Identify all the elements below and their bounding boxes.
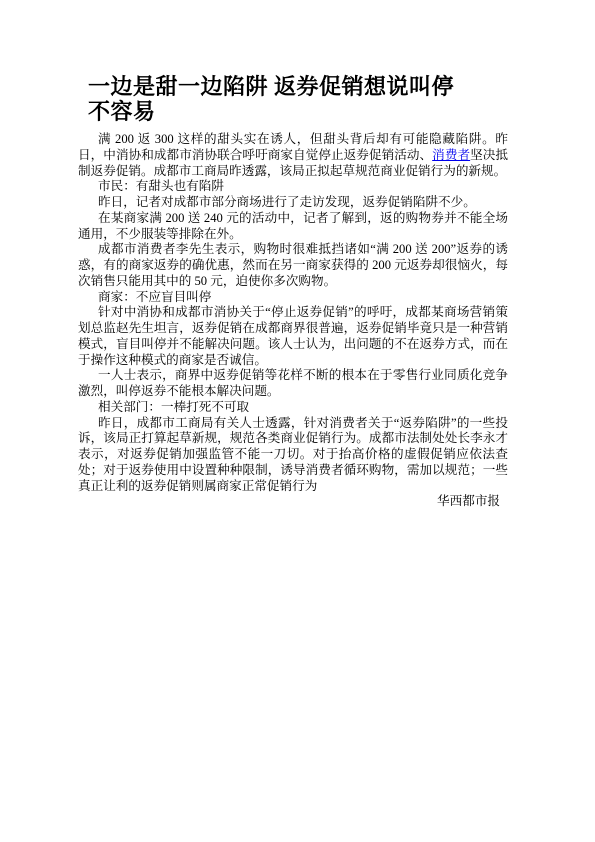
paragraph: 成都市消费者李先生表示，购物时很难抵挡诸如“满 200 送 200”返券的诱惑，…	[78, 242, 508, 289]
article-body: 一边是甜一边陷阱 返券促销想说叫停 不容易 满 200 返 300 这样的甜头实…	[78, 74, 508, 510]
intro-paragraph: 满 200 返 300 这样的甜头实在诱人，但甜头背后却有可能隐藏陷阱。昨日，中…	[78, 132, 508, 179]
section-heading-merchants: 商家：不应盲目叫停	[78, 290, 508, 306]
document-page: 一边是甜一边陷阱 返券促销想说叫停 不容易 满 200 返 300 这样的甜头实…	[0, 0, 595, 842]
article-title-line1: 一边是甜一边陷阱 返券促销想说叫停	[88, 74, 508, 99]
section-heading-citizens: 市民：有甜头也有陷阱	[78, 179, 508, 195]
paragraph: 昨日，记者对成都市部分商场进行了走访发现，返券促销陷阱不少。	[78, 195, 508, 211]
article-title-line2: 不容易	[88, 99, 508, 124]
paragraph: 一人士表示，商界中返券促销等花样不断的根本在于零售行业同质化竞争激烈，叫停返券不…	[78, 368, 508, 400]
consumer-link[interactable]: 消费者	[432, 148, 470, 162]
source-signature: 华西都市报	[78, 494, 508, 510]
paragraph: 针对中消协和成都市消协关于“停止返券促销”的呼吁，成都某商场营销策划总监赵先生坦…	[78, 305, 508, 368]
paragraph: 昨日，成都市工商局有关人士透露，针对消费者关于“返券陷阱”的一些投诉，该局正打算…	[78, 416, 508, 495]
paragraph: 在某商家满 200 送 240 元的活动中，记者了解到，返的购物券并不能全场通用…	[78, 211, 508, 243]
article-title: 一边是甜一边陷阱 返券促销想说叫停 不容易	[78, 74, 508, 124]
section-heading-authorities: 相关部门：一棒打死不可取	[78, 400, 508, 416]
